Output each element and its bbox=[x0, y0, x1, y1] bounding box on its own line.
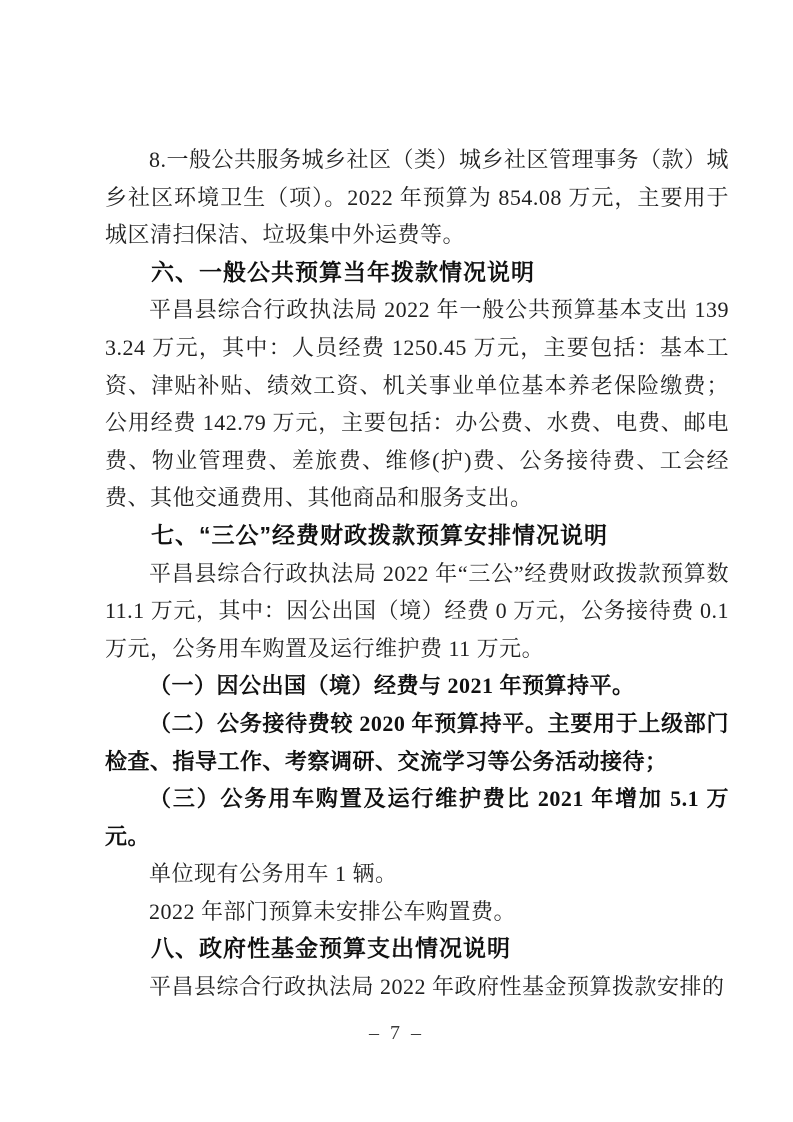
section-heading-8-government-fund-budget: 八、政府性基金预算支出情况说明 bbox=[105, 930, 729, 968]
paragraph-government-fund-intro: 平昌县综合行政执法局 2022 年政府性基金预算拨款安排的 bbox=[105, 968, 729, 1006]
page-number: – 7 – bbox=[0, 1022, 793, 1045]
paragraph-no-vehicle-purchase: 2022 年部门预算未安排公车购置费。 bbox=[105, 893, 729, 931]
paragraph-item-3-official-vehicles: （三）公务用车购置及运行维护费比 2021 年增加 5.1 万元。 bbox=[105, 780, 729, 855]
document-page: 8.一般公共服务城乡社区（类）城乡社区管理事务（款）城乡社区环境卫生（项）。20… bbox=[0, 0, 793, 1122]
paragraph-item-1-overseas-travel: （一）因公出国（境）经费与 2021 年预算持平。 bbox=[105, 667, 729, 705]
section-heading-6-general-public-budget: 六、一般公共预算当年拨款情况说明 bbox=[105, 254, 729, 292]
section-heading-7-three-public-funds: 七、“三公”经费财政拨款预算安排情况说明 bbox=[105, 517, 729, 555]
paragraph-three-public-funds-total: 平昌县综合行政执法局 2022 年“三公”经费财政拨款预算数 11.1 万元，其… bbox=[105, 555, 729, 668]
paragraph-item-2-official-reception: （二）公务接待费较 2020 年预算持平。主要用于上级部门检查、指导工作、考察调… bbox=[105, 705, 729, 780]
paragraph-urban-community-sanitation: 8.一般公共服务城乡社区（类）城乡社区管理事务（款）城乡社区环境卫生（项）。20… bbox=[105, 141, 729, 254]
paragraph-general-budget-basic-expenditure: 平昌县综合行政执法局 2022 年一般公共预算基本支出 1393.24 万元，其… bbox=[105, 291, 729, 517]
document-body: 8.一般公共服务城乡社区（类）城乡社区管理事务（款）城乡社区环境卫生（项）。20… bbox=[105, 141, 729, 1006]
paragraph-vehicle-count: 单位现有公务用车 1 辆。 bbox=[105, 855, 729, 893]
